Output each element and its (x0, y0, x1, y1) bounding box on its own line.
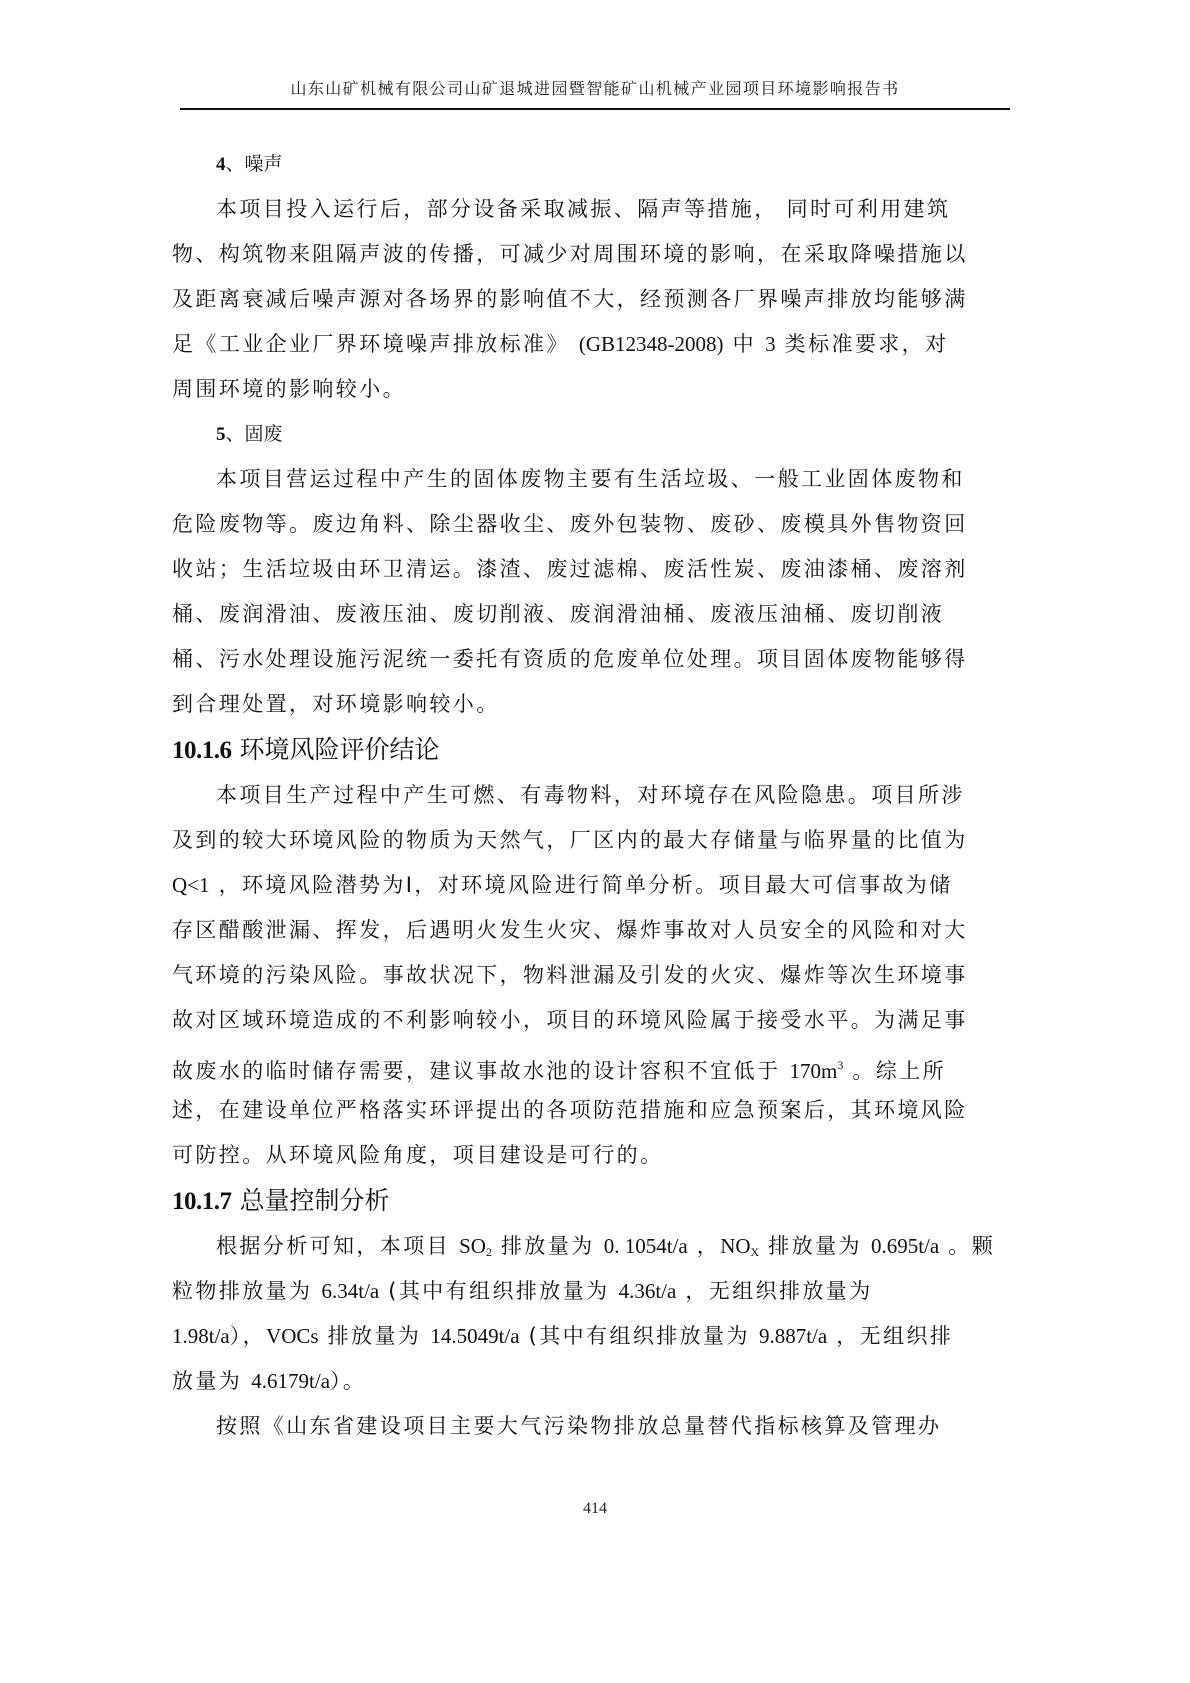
vocs-label: VOCs (266, 1324, 319, 1348)
nox-value: 0.695t/a (871, 1234, 939, 1258)
text-run: 中 (724, 332, 766, 356)
subheading-solid-waste: 5、固废 (172, 412, 1012, 457)
so2-label: SO (459, 1234, 486, 1258)
paragraph-line: 物、构筑物来阻隔声波的传播，可减少对周围环境的影响，在采取降噪措施以 (172, 232, 1012, 277)
paragraph-line: 收站；生活垃圾由环卫清运。漆渣、废过滤棉、废活性炭、废油漆桶、废溶剂 (172, 547, 1012, 592)
text-run: 排放量为 (759, 1234, 871, 1258)
text-run: ，无组织排放量为 (676, 1279, 872, 1303)
subheading-noise: 4、噪声 (172, 142, 1012, 187)
q-ratio: Q<1 (172, 873, 210, 897)
pool-volume: 170m (789, 1059, 837, 1083)
text-run: 排放量为 (492, 1234, 604, 1258)
text-run: 放量为 (172, 1369, 251, 1393)
paragraph-line-vocs: 1.98t/a），VOCs 排放量为 14.5049t/a (其中有组织排放量为… (172, 1314, 1012, 1359)
page-body: 4、噪声 本项目投入运行后，部分设备采取减振、隔声等措施， 同时可利用建筑 物、… (172, 142, 1012, 1449)
nox-label: NO (720, 1234, 750, 1258)
vocs-organized-value: 9.887t/a (759, 1324, 827, 1348)
paragraph-line: 周围环境的影响较小。 (172, 367, 1012, 412)
subheading-separator: 、 (226, 423, 245, 445)
paragraph-line-pool: 故废水的临时储存需要，建议事故水池的设计容积不宜低于 170m3 。综上所 (172, 1043, 1012, 1088)
header-rule (180, 108, 1010, 110)
paragraph-line: 可防控。从环境风险角度，项目建设是可行的。 (172, 1133, 1012, 1178)
paragraph-line-standard: 足《工业企业厂界环境噪声排放标准》 (GB12348-2008) 中 3 类标准… (172, 322, 1012, 367)
paragraph-line-q: Q<1 ，环境风险潜势为Ⅰ，对环境风险进行简单分析。项目最大可信事故为储 (172, 863, 1012, 908)
pm-value: 6.34t/a (321, 1279, 379, 1303)
paragraph-line: 桶、污水处理设施污泥统一委托有资质的危废单位处理。项目固体废物能够得 (172, 637, 1012, 682)
subheading-separator: 、 (226, 153, 245, 175)
page-number: 414 (0, 1500, 1190, 1518)
text-run: 根据分析可知，本项目 (216, 1234, 459, 1258)
paragraph-line: 按照《山东省建设项目主要大气污染物排放总量替代指标核算及管理办 (172, 1404, 1012, 1449)
paragraph-line: 到合理处置，对环境影响较小。 (172, 682, 1012, 727)
text-run: 粒物排放量为 (172, 1279, 321, 1303)
text-run: 。颗 (939, 1234, 995, 1258)
paragraph-line: 本项目生产过程中产生可燃、有毒物料，对环境存在风险隐患。项目所涉 (172, 773, 1012, 818)
paragraph-line-vocs-end: 放量为 4.6179t/a）。 (172, 1359, 1012, 1404)
paragraph-line: 本项目投入运行后，部分设备采取减振、隔声等措施， 同时可利用建筑 (172, 187, 1012, 232)
so2-value: 0. 1054t/a (604, 1234, 688, 1258)
subheading-number: 4 (216, 154, 226, 175)
text-run: ）， (230, 1324, 266, 1348)
paragraph-line: 气环境的污染风险。事故状况下，物料泄漏及引发的火灾、爆炸等次生环境事 (172, 953, 1012, 998)
text-run: 足《工业企业厂界环境噪声排放标准》 (172, 332, 579, 356)
running-header: 山东山矿机械有限公司山矿退城进园暨智能矿山机械产业园项目环境影响报告书 (180, 76, 1010, 99)
class-number: 3 (765, 332, 776, 356)
section-heading-risk: 10.1.6 环境风险评价结论 (172, 727, 1012, 773)
section-heading-total: 10.1.7 总量控制分析 (172, 1178, 1012, 1224)
vocs-value: 14.5049t/a (430, 1324, 519, 1348)
paragraph-line: 述，在建设单位严格落实环评提出的各项防范措施和应急预案后，其环境风险 (172, 1088, 1012, 1133)
subheading-number: 5 (216, 424, 226, 445)
section-number: 10.1.7 (172, 1188, 232, 1215)
paragraph-line: 及距离衰减后噪声源对各场界的影响值不大，经预测各厂界噪声排放均能够满 (172, 277, 1012, 322)
subheading-text: 噪声 (245, 153, 283, 175)
section-title: 环境风险评价结论 (232, 735, 440, 764)
paragraph-line: 桶、废润滑油、废液压油、废切削液、废润滑油桶、废液压油桶、废切削液 (172, 592, 1012, 637)
paragraph-line: 及到的较大环境风险的物质为天然气，厂区内的最大存储量与临界量的比值为 (172, 818, 1012, 863)
paragraph-line-pm: 粒物排放量为 6.34t/a (其中有组织排放量为 4.36t/a ，无组织排放… (172, 1269, 1012, 1314)
pm-unorganized-value: 1.98t/a (172, 1324, 230, 1348)
text-run: 排放量为 (319, 1324, 431, 1348)
pm-organized-value: 4.36t/a (619, 1279, 677, 1303)
text-run: (其中有组织排放量为 (379, 1279, 618, 1303)
text-run: ，无组织排 (827, 1324, 953, 1348)
subscript: X (751, 1245, 760, 1259)
standard-code: (GB12348-2008) (579, 332, 724, 356)
text-run: 故废水的临时储存需要，建议事故水池的设计容积不宜低于 (172, 1059, 789, 1083)
paragraph-line: 本项目营运过程中产生的固体废物主要有生活垃圾、一般工业固体废物和 (172, 457, 1012, 502)
text-run: 类标准要求，对 (776, 332, 949, 356)
paragraph-line: 存区醋酸泄漏、挥发，后遇明火发生火灾、爆炸事故对人员安全的风险和对大 (172, 908, 1012, 953)
section-title: 总量控制分析 (232, 1186, 390, 1215)
section-number: 10.1.6 (172, 737, 232, 764)
text-run: (其中有组织排放量为 (520, 1324, 759, 1348)
text-run: ， (688, 1234, 720, 1258)
text-run: 。综上所 (843, 1059, 946, 1083)
subheading-text: 固废 (245, 423, 283, 445)
text-run: ，环境风险潜势为Ⅰ，对环境风险进行简单分析。项目最大可信事故为储 (210, 873, 953, 897)
text-run: ）。 (330, 1369, 366, 1393)
paragraph-line-emissions: 根据分析可知，本项目 SO2 排放量为 0. 1054t/a ，NOX 排放量为… (172, 1224, 1012, 1269)
paragraph-line: 危险废物等。废边角料、除尘器收尘、废外包装物、废砂、废模具外售物资回 (172, 502, 1012, 547)
vocs-unorganized-value: 4.6179t/a (251, 1369, 330, 1393)
paragraph-line: 故对区域环境造成的不利影响较小，项目的环境风险属于接受水平。为满足事 (172, 998, 1012, 1043)
